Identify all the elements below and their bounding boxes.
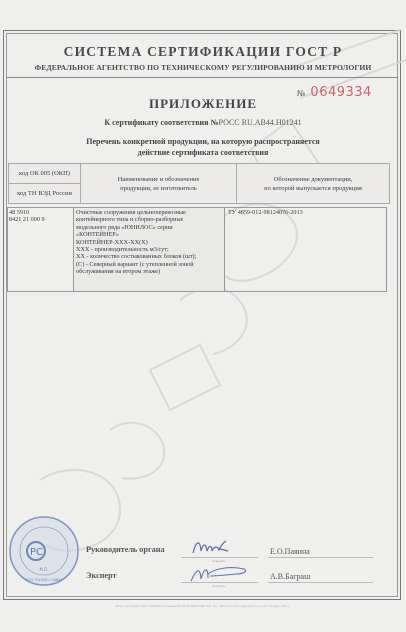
certificate-reference: К сертификату соответствия №РОСС RU.АВ44…	[0, 118, 406, 127]
list-title-line-1: Перечень конкретной продукции, на котору…	[0, 136, 406, 147]
documentation-ref: ТУ 4859-012-98124076-2013	[228, 209, 383, 216]
product-line: КОНТЕЙНЕР-XXX-XX(X)	[76, 239, 222, 246]
header-product-name: Наименование и обозначение продукции, ее…	[81, 164, 237, 203]
header-documentation-line-2: по которой выпускается продукция	[237, 184, 389, 193]
header-product-name-line-2: продукции, ее изготовитель	[81, 184, 236, 193]
agency-name: ФЕДЕРАЛЬНОЕ АГЕНТСТВО ПО ТЕХНИЧЕСКОМУ РЕ…	[0, 63, 406, 72]
cert-ref-label: К сертификату соответствия №	[104, 118, 218, 127]
certificate-appendix-page: СИСТЕМА СЕРТИФИКАЦИИ ГОСТ Р ФЕДЕРАЛЬНОЕ …	[0, 0, 406, 632]
header-documentation-line-1: Обозначение документации,	[237, 175, 389, 184]
cell-product: Очистные сооружения цельноперевозные кон…	[74, 208, 225, 291]
signature-role-head: Руководитель органа	[86, 545, 165, 554]
document-title: ПРИЛОЖЕНИЕ	[0, 96, 406, 112]
product-line: (С) - Северный вариант (с утепленной зон…	[76, 261, 222, 268]
list-title: Перечень конкретной продукции, на котору…	[0, 136, 406, 158]
table-header: код ОК 005 (ОКП) код ТН ВЭД России Наиме…	[8, 163, 390, 204]
cell-codes: 48 5910 8421 21 000 9	[8, 208, 74, 291]
signature-name-expert: А.В.Баграш	[270, 572, 310, 581]
table-row: 48 5910 8421 21 000 9 Очистные сооружени…	[7, 207, 387, 292]
product-line: XXX - производительность м3/сут;	[76, 246, 222, 253]
header-okp-code: код ОК 005 (ОКП)	[9, 164, 81, 184]
header-product-name-line-1: Наименование и обозначение	[81, 175, 236, 184]
stamp-logo: РС	[30, 547, 43, 558]
header-divider	[6, 77, 398, 78]
header-tnved-code: код ТН ВЭД России	[9, 184, 81, 204]
product-line: Очистные сооружения цельноперевозные	[76, 209, 222, 216]
signature-expert-icon	[186, 562, 256, 584]
product-line: обслуживания на втором этаже)	[76, 268, 222, 275]
signature-role-expert: Эксперт	[86, 571, 117, 580]
list-title-line-2: действие сертификата соответствия	[0, 147, 406, 158]
cell-documentation: ТУ 4859-012-98124076-2013	[225, 208, 386, 291]
seal-stamp: РС М.П. РОСС RU.0001.11АВ44	[8, 515, 80, 587]
product-line: контейнерного типа и сборно-разборные	[76, 216, 222, 223]
name-line-expert	[268, 582, 373, 583]
product-line: «КОНТЕЙНЕР»	[76, 231, 222, 238]
svg-text:РОСС RU.0001.11АВ44: РОСС RU.0001.11АВ44	[25, 578, 62, 582]
signature-head-icon	[190, 537, 235, 557]
tnved-code: 8421 21 000 9	[9, 216, 72, 223]
product-line: XX - количество состыкованных блоков (шт…	[76, 253, 222, 260]
okp-code: 48 5910	[9, 209, 72, 216]
signature-caption-expert: подпись	[212, 584, 225, 588]
system-title: СИСТЕМА СЕРТИФИКАЦИИ ГОСТ Р	[0, 44, 406, 60]
signature-name-head: Е.О.Паяина	[270, 547, 310, 556]
cert-ref-number: РОСС RU.АВ44.Н01241	[219, 118, 302, 127]
svg-text:М.П.: М.П.	[39, 567, 48, 572]
header-documentation: Обозначение документации, по которой вып…	[237, 164, 389, 203]
name-line-head	[268, 557, 373, 558]
footer-fine-print: Бланк изготовлен ЗАО «ОПЦИОН» (лицензия …	[0, 605, 406, 608]
signature-line-head	[181, 557, 258, 558]
